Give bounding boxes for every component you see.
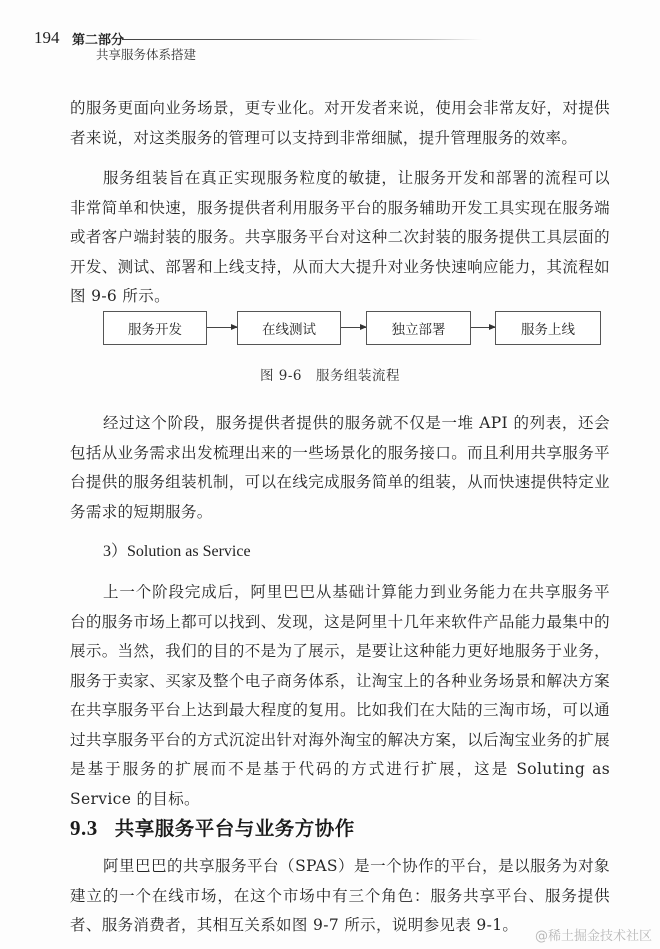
part-subtitle: 共享服务体系搭建 bbox=[96, 45, 196, 63]
section-heading: 9.3共享服务平台与业务方协作 bbox=[70, 813, 355, 841]
flow-step-go-live: 服务上线 bbox=[495, 311, 601, 345]
flow-step-deploy: 独立部署 bbox=[366, 311, 471, 345]
section-number: 9.3 bbox=[70, 816, 98, 840]
header-rule bbox=[122, 39, 482, 40]
flow-step-service-dev: 服务开发 bbox=[103, 311, 207, 345]
paragraph-3: 经过这个阶段，服务提供者提供的服务就不仅是一堆 API 的列表，还会包括从业务需… bbox=[70, 409, 610, 527]
paragraph-2: 服务组装旨在真正实现服务粒度的敏捷，让服务开发和部署的流程可以非常简单和快速，服… bbox=[70, 164, 610, 312]
arrow-icon bbox=[341, 327, 366, 328]
page-header: 194 第二部分 共享服务体系搭建 bbox=[0, 0, 660, 70]
section-title: 共享服务平台与业务方协作 bbox=[115, 817, 355, 840]
arrow-icon bbox=[207, 327, 237, 328]
paragraph-1: 的服务更面向业务场景，更专业化。对开发者来说，使用会非常友好，对提供者来说，对这… bbox=[70, 94, 610, 153]
figure-caption: 图 9-6 服务组装流程 bbox=[0, 364, 660, 384]
page-number: 194 bbox=[34, 28, 60, 48]
paragraph-4: 上一个阶段完成后，阿里巴巴从基础计算能力到业务能力在共享服务平台的服务市场上都可… bbox=[70, 578, 610, 814]
flow-step-online-test: 在线测试 bbox=[237, 311, 341, 345]
watermark: @稀土掘金技术社区 bbox=[535, 925, 652, 944]
arrow-icon bbox=[471, 327, 495, 328]
paragraph-5: 阿里巴巴的共享服务平台（SPAS）是一个协作的平台，是以服务为对象建立的一个在线… bbox=[70, 852, 610, 941]
list-heading: 3）Solution as Service bbox=[103, 538, 251, 561]
